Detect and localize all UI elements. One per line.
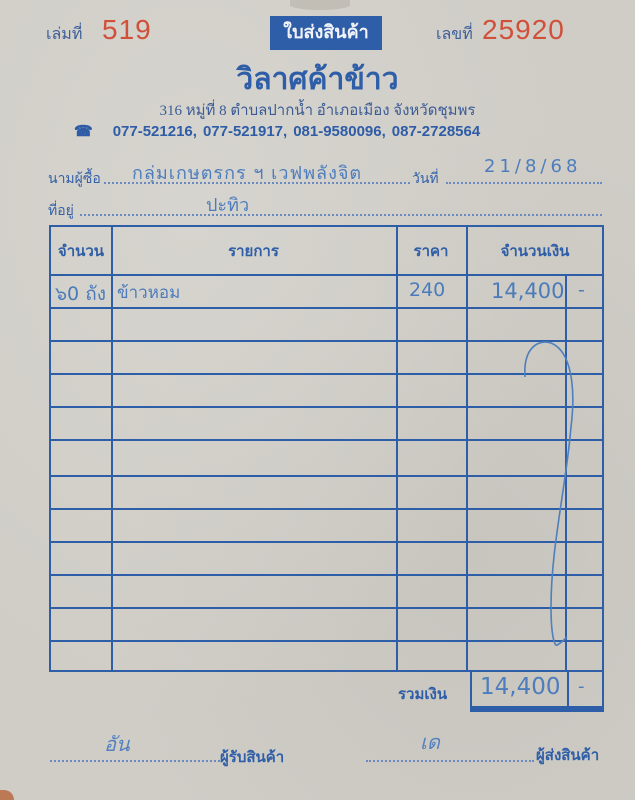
document-number: 25920 [482, 14, 565, 46]
book-number: 519 [102, 14, 152, 46]
phone-number: 081-9580096, [293, 123, 386, 140]
total-label: รวมเงิน [398, 682, 447, 706]
phone-numbers: ☎ 077-521216, 077-521917, 081-9580096, 0… [74, 122, 480, 140]
buyer-name[interactable]: กลุ่มเกษตรกร ฯ เวฟพลังจิต [132, 158, 362, 187]
paper-corner [0, 790, 14, 800]
phone-number: 087-2728564 [392, 123, 480, 140]
receiver-signature-line [50, 760, 220, 762]
items-table: จำนวน รายการ ราคา จำนวนเงิน ๖0 ถัง ข้าวห… [49, 225, 604, 672]
pen-stroke-mark [51, 227, 606, 674]
address-value[interactable]: ปะทิว [206, 190, 249, 219]
sender-signature[interactable]: เด [420, 726, 440, 758]
satang-divider [567, 671, 569, 706]
date-dotted-line [446, 182, 602, 184]
sender-label: ผู้ส่งสินค้า [536, 743, 599, 767]
shop-address: 316 หมู่ที่ 8 ตำบลปากน้ำ อำเภอเมือง จังห… [0, 98, 635, 122]
torn-edge [290, 0, 350, 10]
address-dotted-line [80, 214, 602, 216]
document-title: ใบส่งสินค้า [270, 16, 382, 50]
total-satang[interactable]: - [578, 676, 585, 697]
date-value[interactable]: 21/8/68 [484, 156, 581, 177]
receiver-label: ผู้รับสินค้า [220, 745, 284, 769]
sender-signature-line [366, 760, 534, 762]
receiver-signature[interactable]: อัน [104, 728, 130, 760]
date-label: วันที่ [412, 168, 439, 190]
total-double-underline [470, 708, 604, 712]
shop-name: วิลาศค้าข้าว [0, 56, 635, 103]
buyer-label: นามผู้ซื้อ [48, 168, 101, 190]
delivery-note-paper: เล่มที่ 519 ใบส่งสินค้า เลขที่ 25920 วิล… [0, 0, 635, 800]
total-amount[interactable]: 14,400 [480, 674, 560, 700]
telephone-icon: ☎ [74, 122, 93, 140]
book-number-label: เล่มที่ [46, 22, 82, 47]
phone-number: 077-521216, [113, 123, 197, 140]
address-label: ที่อยู่ [48, 200, 74, 222]
phone-number: 077-521917, [203, 123, 287, 140]
document-number-label: เลขที่ [436, 22, 473, 47]
